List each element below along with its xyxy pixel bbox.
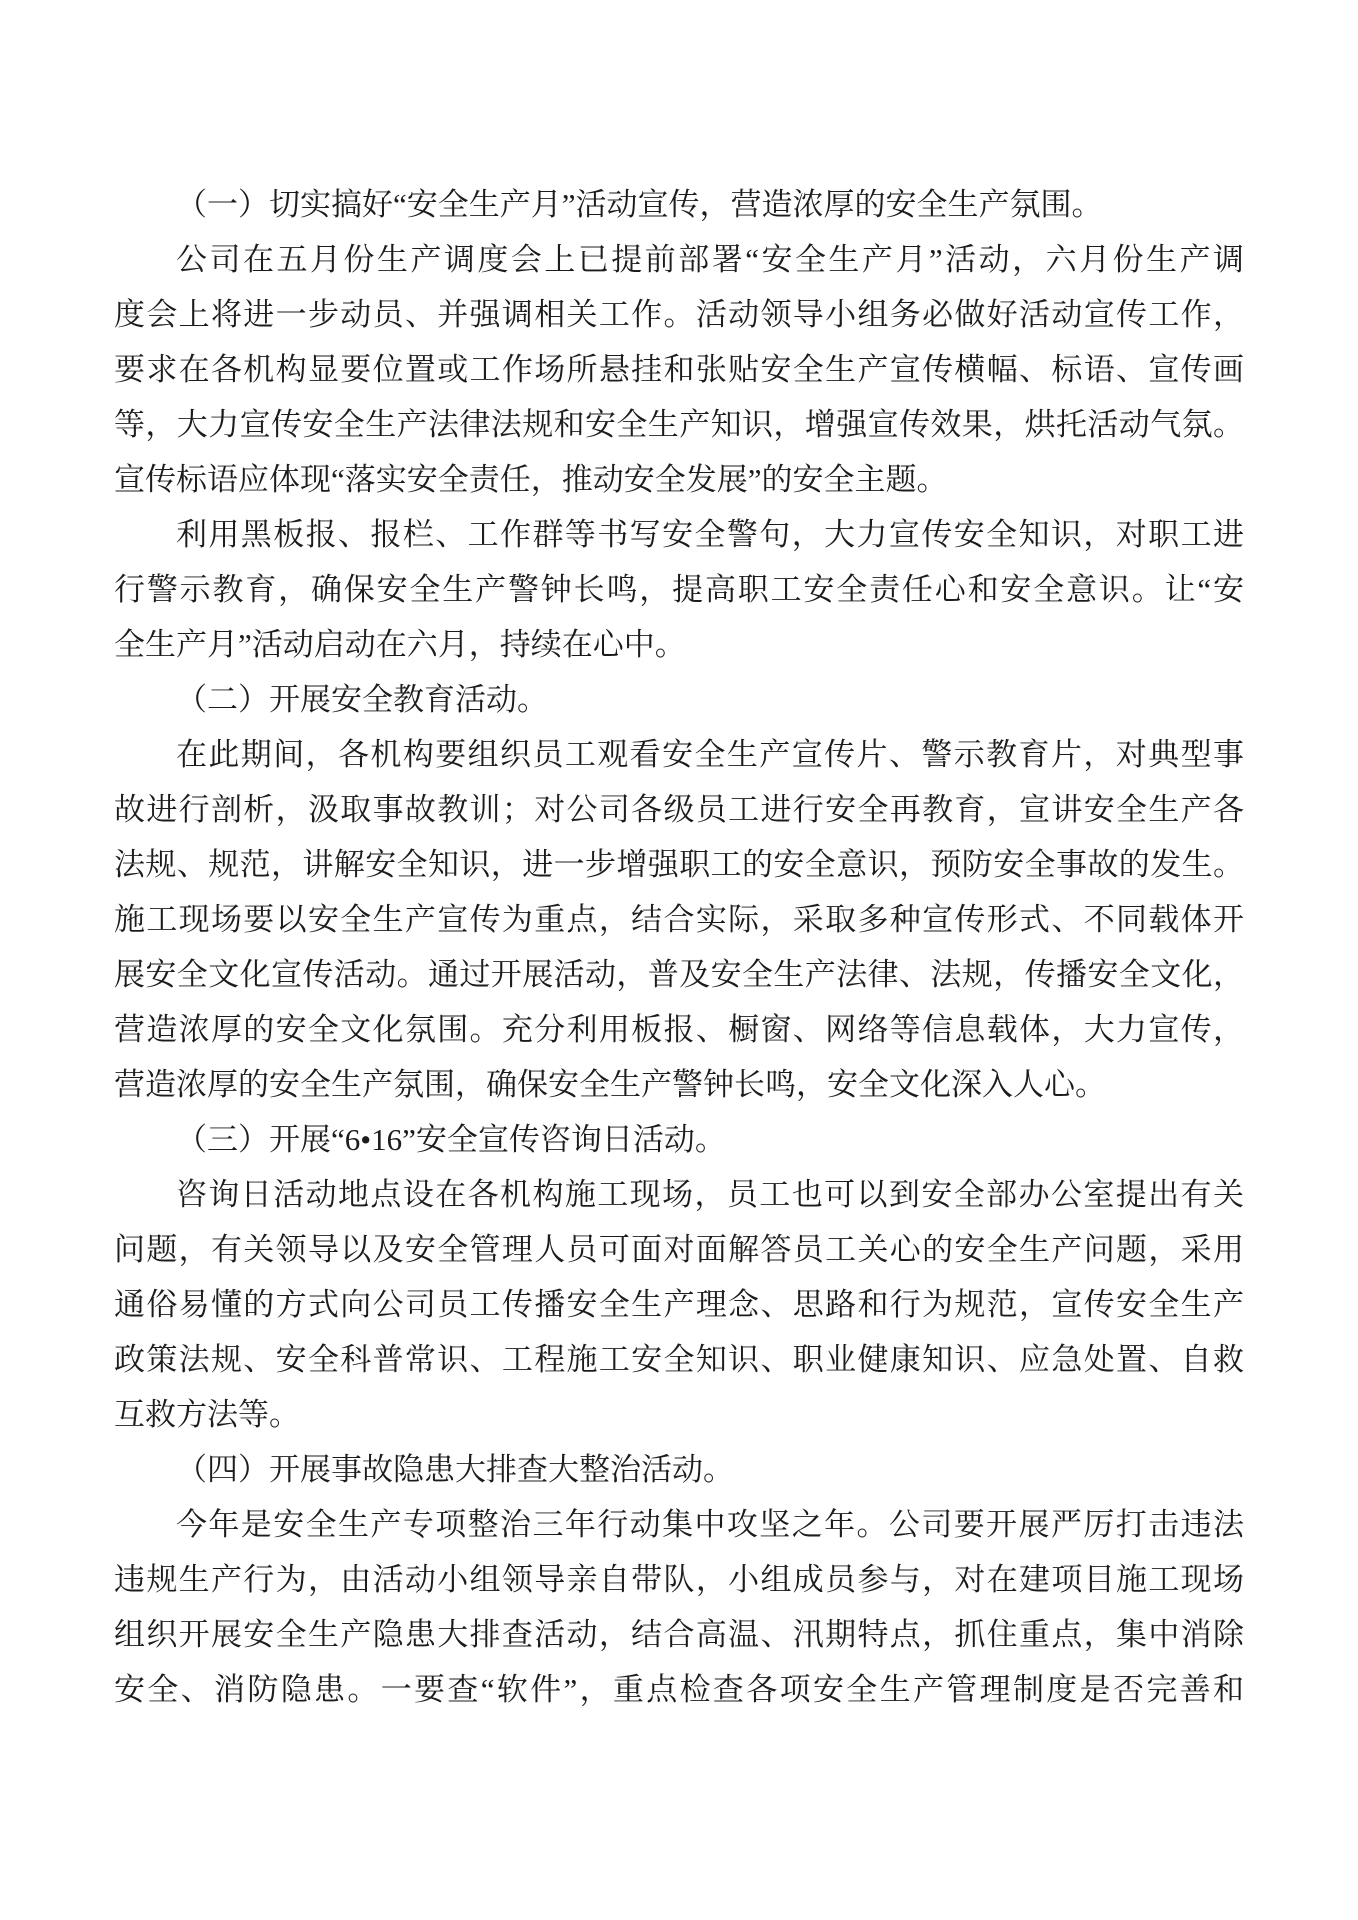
text-line: 公司在五月份生产调度会上已提前部署“安全生产月”活动，六月份生产调 [114,232,1244,287]
text-line: 展安全文化宣传活动。通过开展活动，普及安全生产法律、法规，传播安全文化， [114,947,1244,1002]
text-line: 组织开展安全生产隐患大排查活动，结合高温、汛期特点，抓住重点，集中消除 [114,1607,1244,1662]
text-line: （三）开展“6•16”安全宣传咨询日活动。 [114,1112,1244,1167]
text-line: 要求在各机构显要位置或工作场所悬挂和张贴安全生产宣传横幅、标语、宣传画 [114,342,1244,397]
text-line: （一）切实搞好“安全生产月”活动宣传，营造浓厚的安全生产氛围。 [114,177,1244,232]
text-line: 通俗易懂的方式向公司员工传播安全生产理念、思路和行为规范，宣传安全生产 [114,1277,1244,1332]
text-line: 宣传标语应体现“落实安全责任，推动安全发展”的安全主题。 [114,452,1244,507]
text-line: 故进行剖析，汲取事故教训；对公司各级员工进行安全再教育，宣讲安全生产各 [114,782,1244,837]
text-line: 全生产月”活动启动在六月，持续在心中。 [114,617,1244,672]
body-paragraph: 利用黑板报、报栏、工作群等书写安全警句，大力宣传安全知识，对职工进行警示教育，确… [114,507,1244,672]
section-heading: （一）切实搞好“安全生产月”活动宣传，营造浓厚的安全生产氛围。 [114,177,1244,232]
body-paragraph: 公司在五月份生产调度会上已提前部署“安全生产月”活动，六月份生产调度会上将进一步… [114,232,1244,507]
text-line: （二）开展安全教育活动。 [114,672,1244,727]
text-line: 政策法规、安全科普常识、工程施工安全知识、职业健康知识、应急处置、自救 [114,1332,1244,1387]
text-line: 互救方法等。 [114,1387,1244,1442]
text-line: 营造浓厚的安全生产氛围，确保安全生产警钟长鸣，安全文化深入人心。 [114,1057,1244,1112]
body-paragraph: 咨询日活动地点设在各机构施工现场，员工也可以到安全部办公室提出有关问题，有关领导… [114,1167,1244,1442]
text-line: 在此期间，各机构要组织员工观看安全生产宣传片、警示教育片，对典型事 [114,727,1244,782]
text-line: 问题，有关领导以及安全管理人员可面对面解答员工关心的安全生产问题，采用 [114,1222,1244,1277]
text-line: 施工现场要以安全生产宣传为重点，结合实际，采取多种宣传形式、不同载体开 [114,892,1244,947]
text-line: 今年是安全生产专项整治三年行动集中攻坚之年。公司要开展严厉打击违法 [114,1497,1244,1552]
section-heading: （二）开展安全教育活动。 [114,672,1244,727]
text-line: 度会上将进一步动员、并强调相关工作。活动领导小组务必做好活动宣传工作， [114,287,1244,342]
text-line: 利用黑板报、报栏、工作群等书写安全警句，大力宣传安全知识，对职工进 [114,507,1244,562]
document-page: （一）切实搞好“安全生产月”活动宣传，营造浓厚的安全生产氛围。公司在五月份生产调… [0,0,1358,1920]
text-line: 违规生产行为，由活动小组领导亲自带队，小组成员参与，对在建项目施工现场 [114,1552,1244,1607]
body-paragraph: 在此期间，各机构要组织员工观看安全生产宣传片、警示教育片，对典型事故进行剖析，汲… [114,727,1244,1112]
text-line: 咨询日活动地点设在各机构施工现场，员工也可以到安全部办公室提出有关 [114,1167,1244,1222]
document-content: （一）切实搞好“安全生产月”活动宣传，营造浓厚的安全生产氛围。公司在五月份生产调… [114,177,1244,1717]
section-heading: （四）开展事故隐患大排查大整治活动。 [114,1442,1244,1497]
text-line: （四）开展事故隐患大排查大整治活动。 [114,1442,1244,1497]
text-line: 安全、消防隐患。一要查“软件”，重点检查各项安全生产管理制度是否完善和 [114,1662,1244,1717]
text-line: 等，大力宣传安全生产法律法规和安全生产知识，增强宣传效果，烘托活动气氛。 [114,397,1244,452]
text-line: 营造浓厚的安全文化氛围。充分利用板报、橱窗、网络等信息载体，大力宣传， [114,1002,1244,1057]
section-heading: （三）开展“6•16”安全宣传咨询日活动。 [114,1112,1244,1167]
text-line: 法规、规范，讲解安全知识，进一步增强职工的安全意识，预防安全事故的发生。 [114,837,1244,892]
body-paragraph: 今年是安全生产专项整治三年行动集中攻坚之年。公司要开展严厉打击违法违规生产行为，… [114,1497,1244,1717]
text-line: 行警示教育，确保安全生产警钟长鸣，提高职工安全责任心和安全意识。让“安 [114,562,1244,617]
